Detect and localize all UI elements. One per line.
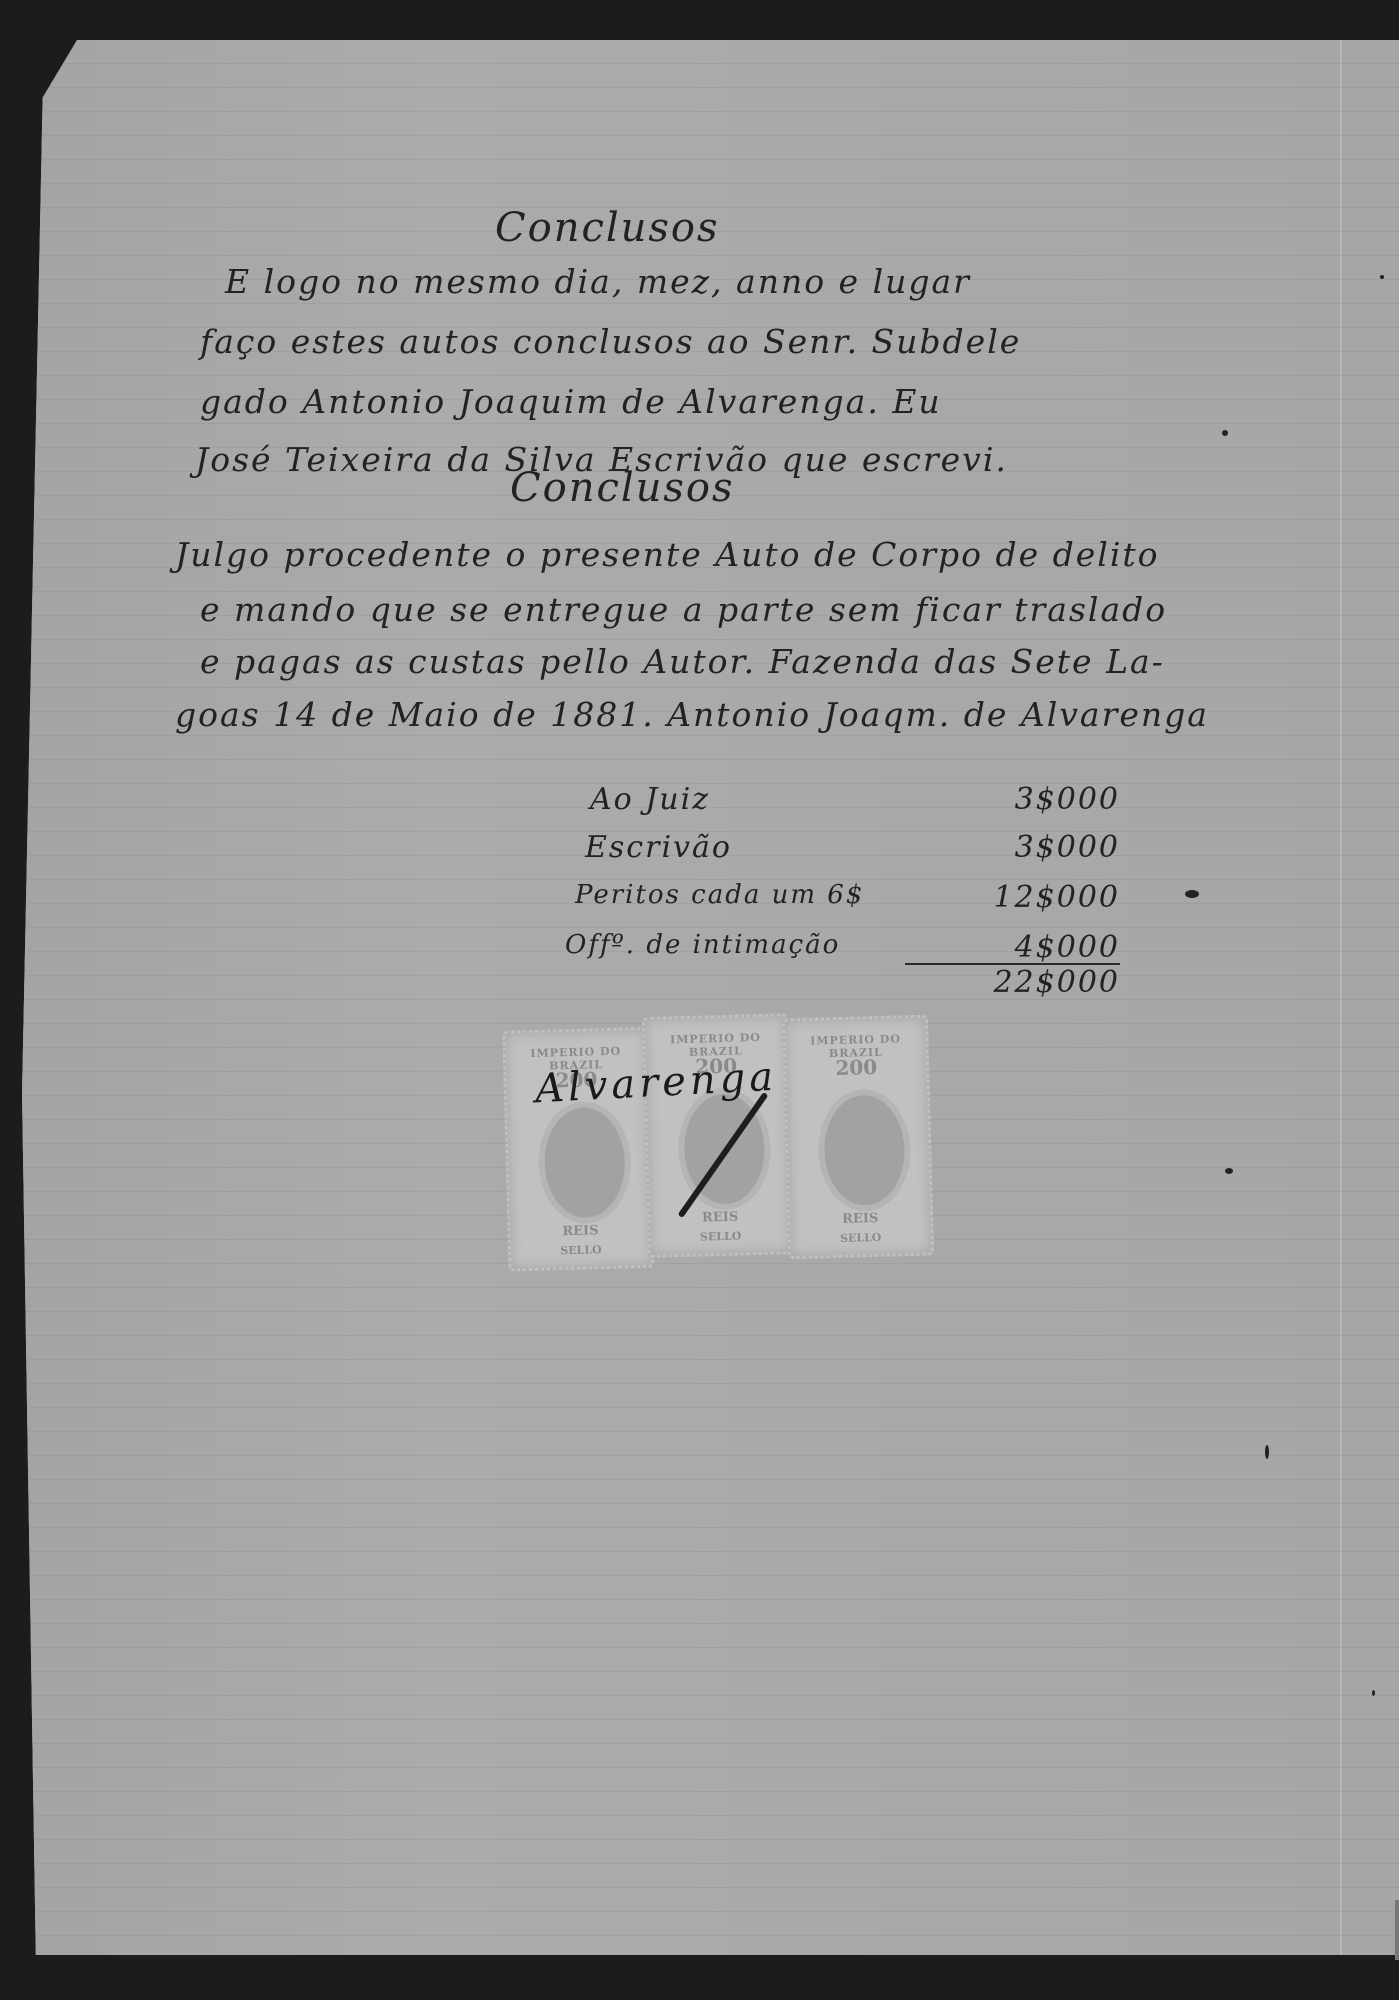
revenue-stamps: IMPERIO DO BRAZIL 200 REIS SELLO IMPERIO…: [502, 1009, 943, 1260]
stamp-2-footer: SELLO: [651, 1228, 791, 1245]
stamp-2-unit: REIS: [650, 1208, 790, 1227]
scan-edge-mark: [1395, 1900, 1399, 1960]
heading-conclusos-2: Conclusos: [510, 465, 735, 511]
paragraph-2-line-1: Julgo procedente o presente Auto de Corp…: [175, 535, 1160, 574]
stamp-3: IMPERIO DO BRAZIL 200 REIS SELLO: [782, 1015, 934, 1260]
paragraph-1-line-1: E logo no mesmo dia, mez, anno e lugar: [225, 262, 971, 301]
stamp-1-portrait-icon: [537, 1100, 632, 1224]
cost-total: 22$000: [900, 965, 1120, 1000]
cost-label-peritos: Peritos cada um 6$: [575, 880, 864, 910]
paragraph-2-line-3: e pagas as custas pello Autor. Fazenda d…: [200, 642, 1165, 681]
paper-speck: [1185, 890, 1199, 898]
cost-label-intimacao: Offº. de intimação: [565, 930, 840, 960]
stamp-3-footer: SELLO: [791, 1230, 931, 1247]
paper-speck: [1380, 275, 1384, 279]
stamp-3-value: 200: [786, 1054, 927, 1082]
cost-amount-intimacao: 4$000: [900, 930, 1120, 965]
paragraph-2-line-4: goas 14 de Maio de 1881. Antonio Joaqm. …: [175, 695, 1209, 734]
page-fold-line: [1340, 40, 1342, 1955]
stamp-3-unit: REIS: [790, 1210, 930, 1229]
stamp-1-unit: REIS: [510, 1222, 650, 1241]
paper-speck: [1222, 430, 1228, 436]
cost-amount-juiz: 3$000: [900, 782, 1120, 817]
paper-speck: [1372, 1690, 1375, 1696]
paragraph-1-line-3: gado Antonio Joaquim de Alvarenga. Eu: [200, 382, 942, 421]
paper-speck: [1265, 1445, 1269, 1459]
cost-label-escrivao: Escrivão: [585, 830, 732, 865]
cost-amount-peritos: 12$000: [900, 880, 1120, 915]
paragraph-2-line-2: e mando que se entregue a parte sem fica…: [200, 590, 1167, 629]
paper-speck: [1225, 1168, 1233, 1174]
stamp-2: IMPERIO DO BRAZIL 200 REIS SELLO: [642, 1013, 794, 1258]
stamp-1-footer: SELLO: [511, 1242, 651, 1259]
cost-amount-escrivao: 3$000: [900, 830, 1120, 865]
heading-conclusos: Conclusos: [495, 205, 720, 251]
cost-label-juiz: Ao Juiz: [590, 782, 710, 817]
paragraph-1-line-2: faço estes autos conclusos ao Senr. Subd…: [200, 322, 1021, 361]
stamp-3-portrait-icon: [817, 1088, 912, 1212]
